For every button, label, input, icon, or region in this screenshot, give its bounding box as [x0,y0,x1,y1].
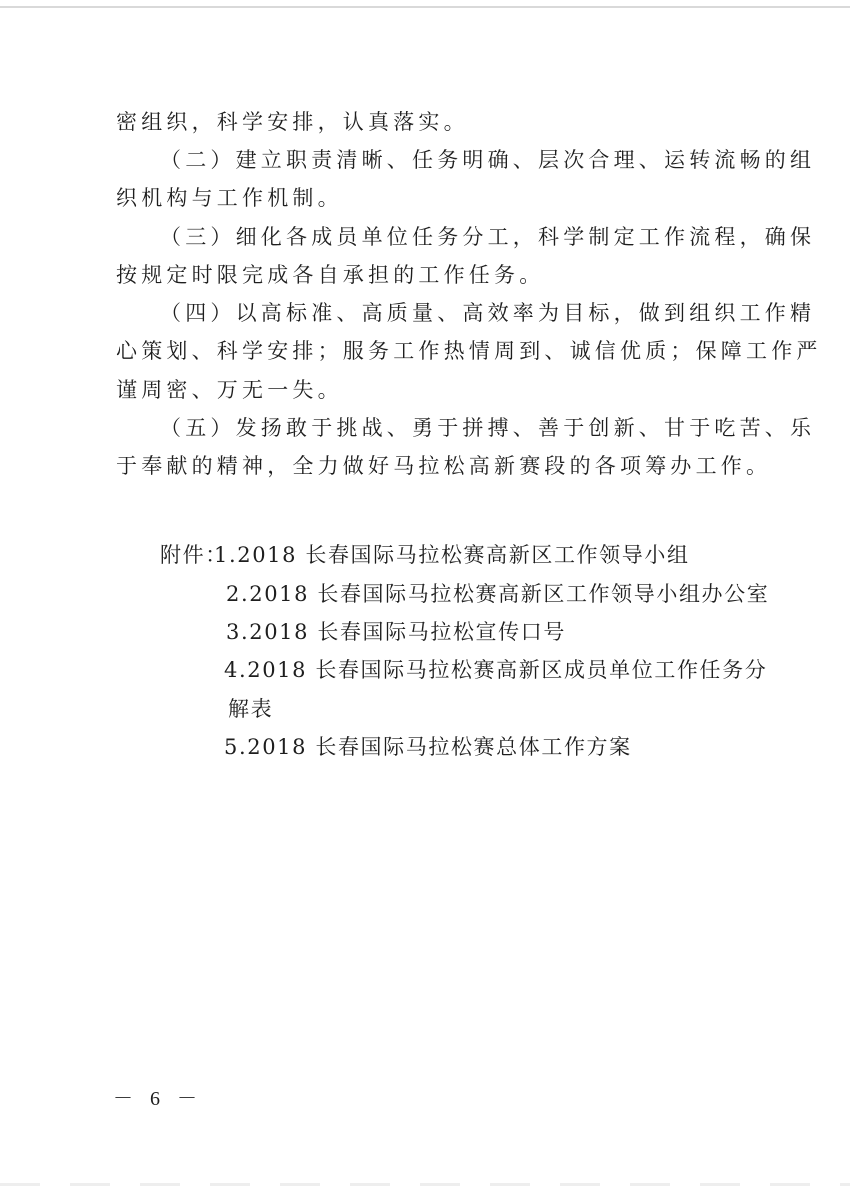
paragraph-line: 密组织，科学安排，认真落实。 [116,112,469,133]
attachment-item: 1.2018 长春国际马拉松赛高新区工作领导小组 [214,545,690,566]
attachment-item: 4.2018 长春国际马拉松赛高新区成员单位工作任务分 [224,660,767,681]
paragraph-line: （五）发扬敢于挑战、勇于拼搏、善于创新、甘于吃苦、乐 [160,418,815,439]
attachment-item: 3.2018 长春国际马拉松宣传口号 [226,622,566,643]
paragraph-line: （二）建立职责清晰、任务明确、层次合理、运转流畅的组 [160,150,815,171]
attachment-item: 2.2018 长春国际马拉松赛高新区工作领导小组办公室 [226,584,769,605]
scan-edge-marks [0,1183,850,1186]
paragraph-line: 织机构与工作机制。 [116,188,343,209]
paragraph-line: （三）细化各成员单位任务分工，科学制定工作流程，确保 [160,227,815,248]
attachment-item-continuation: 解表 [228,699,273,720]
paragraph-line: 谨周密、万无一失。 [116,380,343,401]
attachment-item: 5.2018 长春国际马拉松赛总体工作方案 [224,737,632,758]
paragraph-line: 心策划、科学安排；服务工作热情周到、诚信优质；保障工作严 [116,341,822,362]
page-number: － 6 － [113,1082,203,1111]
paragraph-line: （四）以高标准、高质量、高效率为目标，做到组织工作精 [160,303,815,324]
paragraph-line: 按规定时限完成各自承担的工作任务。 [116,265,544,286]
paragraph-line: 于奉献的精神，全力做好马拉松高新赛段的各项筹办工作。 [116,456,771,477]
scan-edge-line [0,6,850,8]
